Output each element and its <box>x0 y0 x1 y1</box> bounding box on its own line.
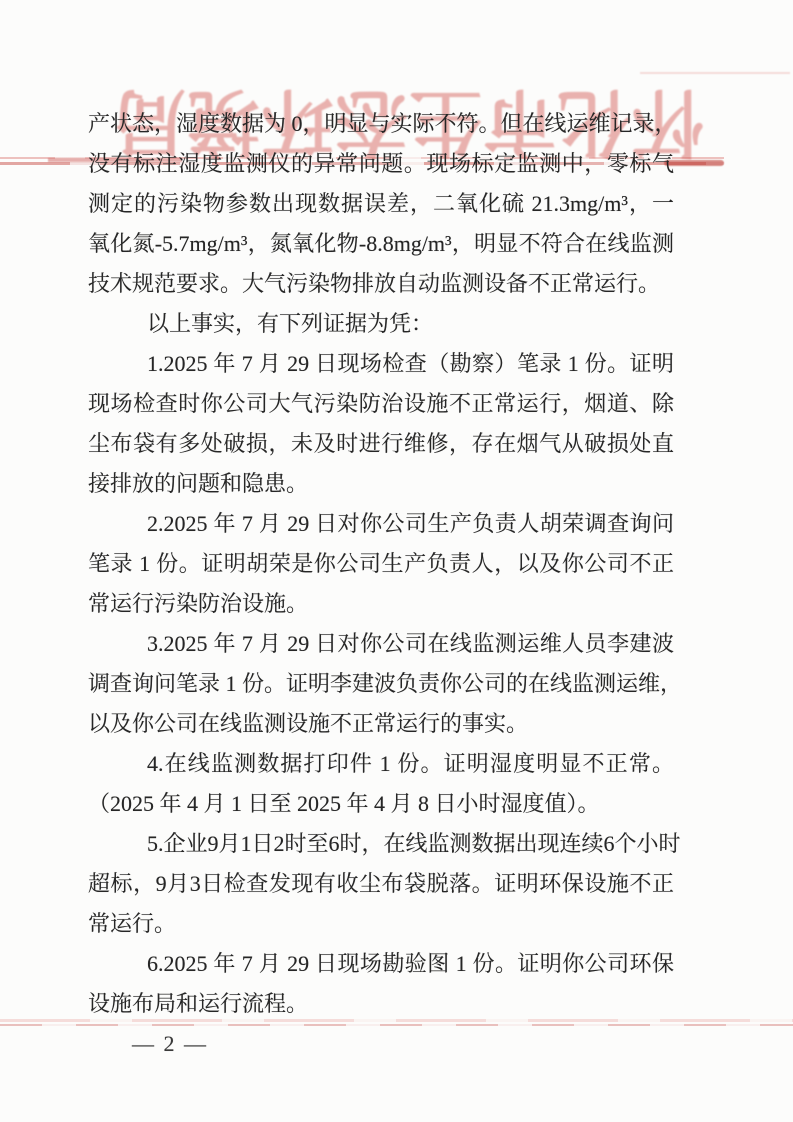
text-line: 3.2025 年 7 月 29 日对你公司在线监测运维人员李建波 <box>88 624 674 664</box>
scanned-document-page: 怀化市生态环境局 产状态，湿度数据为 0，明显与实际不符。但在线运维记录，没有标… <box>0 0 793 1122</box>
bleedthrough-streak-top-right <box>640 72 790 74</box>
text-line: 常运行。 <box>88 904 674 944</box>
text-line: 尘布袋有多处破损，未及时进行维修，存在烟气从破损处直 <box>88 424 674 464</box>
text-line: 氧化氮-5.7mg/m³，氮氧化物-8.8mg/m³，明显不符合在线监测 <box>88 224 674 264</box>
paragraph: 6.2025 年 7 月 29 日现场勘验图 1 份。证明你公司环保设施布局和运… <box>88 944 674 1024</box>
text-line: 4.在线监测数据打印件 1 份。证明湿度明显不正常。 <box>88 744 674 784</box>
bleedthrough-footer-line-lower <box>0 1024 793 1026</box>
paragraph: 5.企业9月1日2时至6时，在线监测数据出现连续6个小时超标，9月3日检查发现有… <box>88 824 674 944</box>
text-line: 设施布局和运行流程。 <box>88 984 674 1024</box>
paragraph: 1.2025 年 7 月 29 日现场检查（勘察）笔录 1 份。证明现场检查时你… <box>88 344 674 504</box>
document-body: 产状态，湿度数据为 0，明显与实际不符。但在线运维记录，没有标注湿度监测仪的异常… <box>88 104 674 1024</box>
page-number: — 2 — <box>132 1031 208 1057</box>
text-line: 1.2025 年 7 月 29 日现场检查（勘察）笔录 1 份。证明 <box>88 344 674 384</box>
text-line: 调查询问笔录 1 份。证明李建波负责你公司的在线监测运维， <box>88 664 674 704</box>
text-line: 5.企业9月1日2时至6时，在线监测数据出现连续6个小时 <box>88 824 674 864</box>
text-line: （2025 年 4 月 1 日至 2025 年 4 月 8 日小时湿度值）。 <box>88 784 674 824</box>
paragraph: 产状态，湿度数据为 0，明显与实际不符。但在线运维记录，没有标注湿度监测仪的异常… <box>88 104 674 304</box>
text-line: 以上事实，有下列证据为凭： <box>88 304 674 344</box>
text-line: 常运行污染防治设施。 <box>88 584 674 624</box>
paragraph: 3.2025 年 7 月 29 日对你公司在线监测运维人员李建波调查询问笔录 1… <box>88 624 674 744</box>
text-line: 以及你公司在线监测设施不正常运行的事实。 <box>88 704 674 744</box>
paragraph: 2.2025 年 7 月 29 日对你公司生产负责人胡荣调查询问笔录 1 份。证… <box>88 504 674 624</box>
text-line: 产状态，湿度数据为 0，明显与实际不符。但在线运维记录， <box>88 104 674 144</box>
text-line: 没有标注湿度监测仪的异常问题。现场标定监测中，零标气 <box>88 144 674 184</box>
text-line: 现场检查时你公司大气污染防治设施不正常运行，烟道、除 <box>88 384 674 424</box>
text-line: 6.2025 年 7 月 29 日现场勘验图 1 份。证明你公司环保 <box>88 944 674 984</box>
text-line: 接排放的问题和隐患。 <box>88 464 674 504</box>
paragraph: 4.在线监测数据打印件 1 份。证明湿度明显不正常。（2025 年 4 月 1 … <box>88 744 674 824</box>
text-line: 技术规范要求。大气污染物排放自动监测设备不正常运行。 <box>88 264 674 304</box>
text-line: 笔录 1 份。证明胡荣是你公司生产负责人，以及你公司不正 <box>88 544 674 584</box>
text-line: 测定的污染物参数出现数据误差，二氧化硫 21.3mg/m³，一 <box>88 184 674 224</box>
text-line: 2.2025 年 7 月 29 日对你公司生产负责人胡荣调查询问 <box>88 504 674 544</box>
text-line: 超标，9月3日检查发现有收尘布袋脱落。证明环保设施不正 <box>88 864 674 904</box>
paragraph: 以上事实，有下列证据为凭： <box>88 304 674 344</box>
